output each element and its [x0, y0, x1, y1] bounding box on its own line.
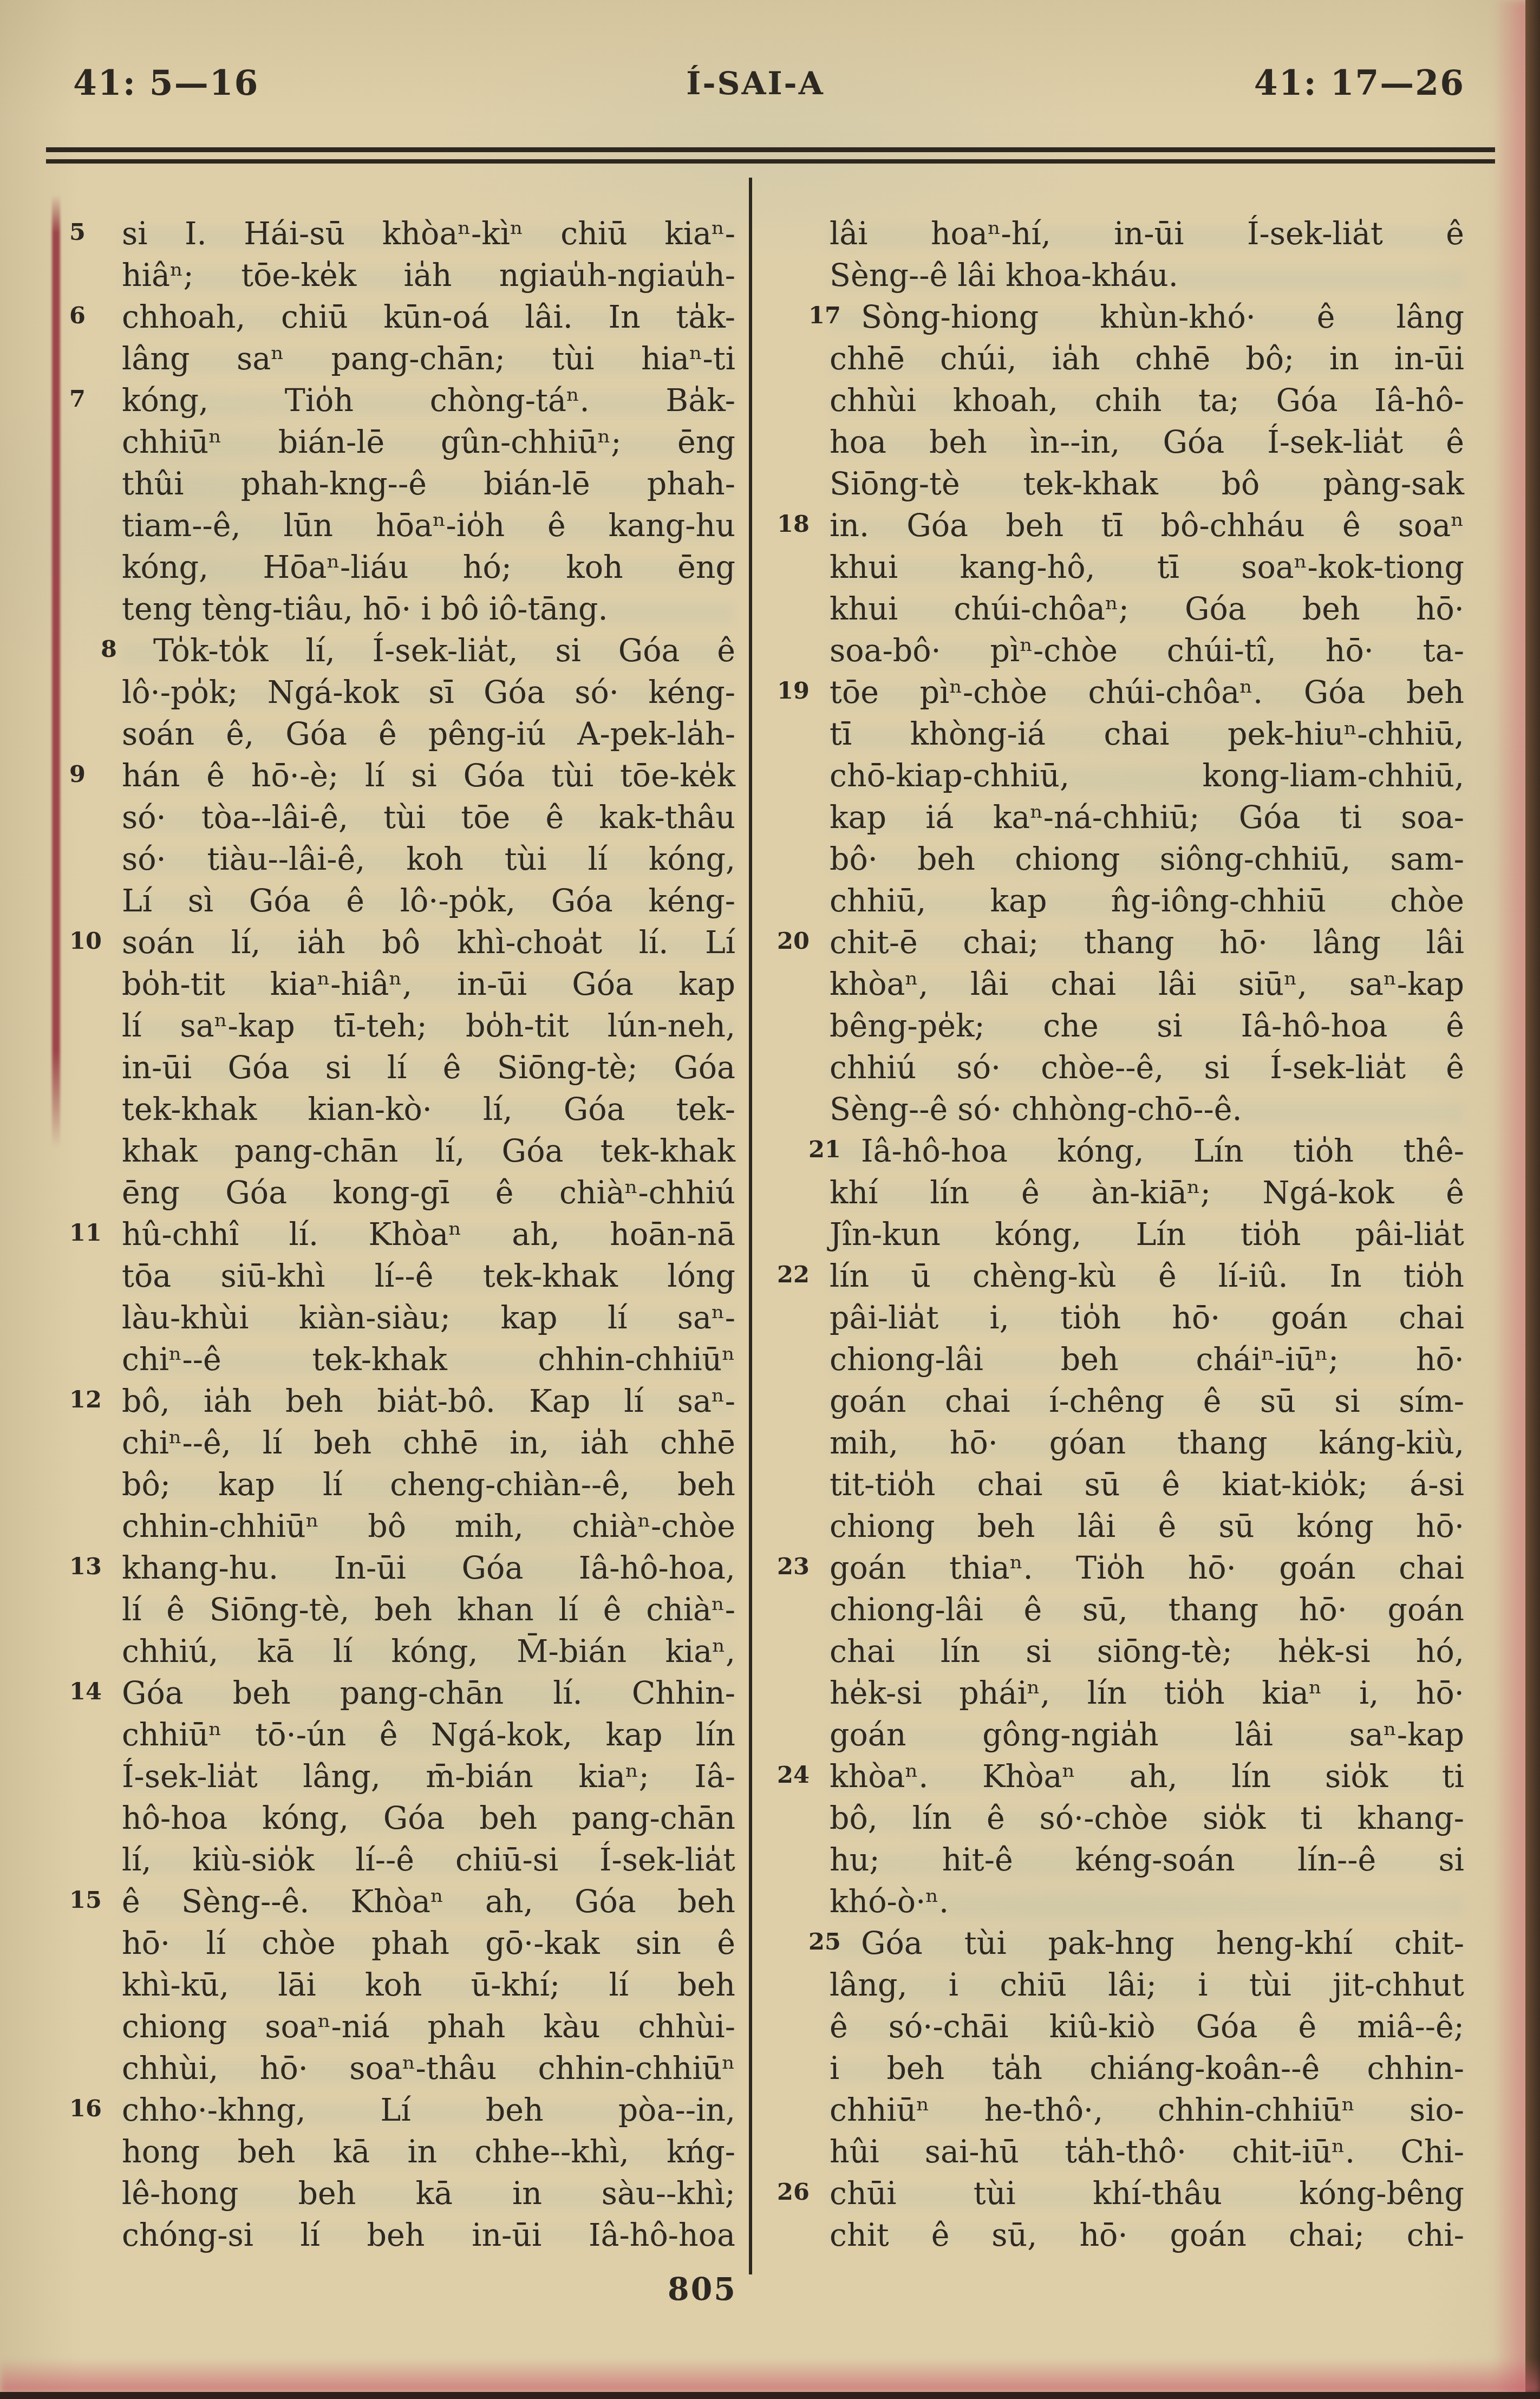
verse-text: tiam--ê, lūn hōaⁿ-io̍h ê kang-hu — [122, 508, 735, 544]
verse-line: 21Iâ-hô-hoa kóng, Lín tio̍h thê- — [830, 1131, 1464, 1172]
verse-number: 16 — [69, 2097, 103, 2121]
verse-text: chho·-khng, Lí beh pòa--in, — [122, 2092, 735, 2128]
verse-text: bô· beh chiong siông-chhiū, sam- — [830, 842, 1464, 877]
verse-text: lí, kiù-sio̍k lí--ê chiū-si Í-sek-lia̍t — [122, 1842, 735, 1878]
header-double-rule — [46, 147, 1495, 164]
column-divider-rule — [749, 178, 752, 2274]
verse-line: soa-bô· pìⁿ-chòe chúi-tî, hō· ta- — [830, 630, 1464, 672]
verse-text: Góa beh pang-chān lí. Chhin- — [122, 1676, 735, 1711]
verse-line: mih, hō· góan thang káng-kiù, — [830, 1423, 1464, 1464]
verse-line: tit-tio̍h chai sū ê kiat-kio̍k; á-si — [830, 1464, 1464, 1506]
verse-text: lín ū chèng-kù ê lí-iû. In tio̍h — [830, 1259, 1464, 1294]
verse-text: chai lín si siōng-tè; he̍k-si hó, — [830, 1634, 1464, 1670]
verse-text: hû-chhî lí. Khòaⁿ ah, hoān-nā — [122, 1217, 735, 1253]
verse-text: chhiū, kap n̂g-iông-chhiū chòe — [830, 883, 1464, 919]
verse-text: i beh ta̍h chiáng-koân--ê chhin- — [830, 2051, 1464, 2087]
verse-text: hûi sai-hū ta̍h-thô· chit-iūⁿ. Chi- — [830, 2134, 1464, 2170]
verse-line: 5si I. Hái-sū khòaⁿ-kìⁿ chiū kiaⁿ- — [122, 213, 735, 255]
verse-line: 11hû-chhî lí. Khòaⁿ ah, hoān-nā — [122, 1214, 735, 1256]
verse-line: 15ê Sèng--ê. Khòaⁿ ah, Góa beh — [122, 1881, 735, 1923]
verse-line: 18in. Góa beh tī bô-chháu ê soaⁿ — [830, 505, 1464, 547]
verse-text: chiong beh lâi ê sū kóng hō· — [830, 1509, 1464, 1544]
verse-text: khòaⁿ. Khòaⁿ ah, lín sio̍k ti — [830, 1759, 1464, 1795]
verse-line: 16chho·-khng, Lí beh pòa--in, — [122, 2090, 735, 2131]
verse-text: tōe pìⁿ-chòe chúi-chôaⁿ. Góa beh — [830, 675, 1464, 710]
verse-line: 12bô, ia̍h beh bia̍t-bô. Kap lí saⁿ- — [122, 1381, 735, 1423]
verse-line: 20chit-ē chai; thang hō· lâng lâi — [830, 922, 1464, 964]
verse-text: chūi tùi khí-thâu kóng-bêng — [830, 2176, 1464, 2212]
verse-line: goán chai í-chêng ê sū si sím- — [830, 1381, 1464, 1423]
verse-text: teng tèng-tiâu, hō· i bô iô-tāng. — [122, 591, 608, 627]
verse-line: lê-hong beh kā in sàu--khì; — [122, 2173, 735, 2215]
verse-number: 25 — [777, 1931, 811, 1954]
verse-text: in-ūi Góa si lí ê Siōng-tè; Góa — [122, 1050, 735, 1086]
verse-line: chhùi, hō· soaⁿ-thâu chhin-chhiūⁿ — [122, 2048, 735, 2090]
verse-number: 5 — [69, 221, 103, 244]
verse-line: Í-sek-lia̍t lâng, m̄-bián kiaⁿ; Iâ- — [122, 1756, 735, 1798]
verse-line: 19tōe pìⁿ-chòe chúi-chôaⁿ. Góa beh — [830, 672, 1464, 714]
verse-line: chiong beh lâi ê sū kóng hō· — [830, 1506, 1464, 1548]
verse-number: 7 — [69, 388, 103, 411]
verse-line: 22lín ū chèng-kù ê lí-iû. In tio̍h — [830, 1256, 1464, 1298]
page-number: 805 — [656, 2271, 748, 2307]
verse-line: 10soán lí, ia̍h bô khì-choa̍t lí. Lí — [122, 922, 735, 964]
verse-line: 7kóng, Tio̍h chòng-táⁿ. Ba̍k- — [122, 380, 735, 422]
verse-number: 24 — [777, 1764, 811, 1787]
verse-text: chiⁿ--ê, lí beh chhē in, ia̍h chhē — [122, 1425, 735, 1461]
verse-text: chiong soaⁿ-niá phah kàu chhùi- — [122, 2009, 735, 2045]
verse-text: hoa beh ìn--in, Góa Í-sek-lia̍t ê — [830, 425, 1464, 460]
verse-text: pâi-lia̍t i, tio̍h hō· goán chai — [830, 1300, 1464, 1336]
verse-line: bô· beh chiong siông-chhiū, sam- — [830, 839, 1464, 881]
verse-text: soán ê, Góa ê pêng-iú A-pek-la̍h- — [122, 716, 735, 752]
verse-text: in. Góa beh tī bô-chháu ê soaⁿ — [830, 508, 1464, 544]
verse-line: khì-kū, lāi koh ū-khí; lí beh — [122, 1965, 735, 2006]
verse-line: ê só·-chāi kiû-kiò Góa ê miâ--ê; — [830, 2006, 1464, 2048]
verse-line: hô-hoa kóng, Góa beh pang-chān — [122, 1798, 735, 1840]
verse-text: Sèng--ê lâi khoa-kháu. — [830, 258, 1178, 294]
verse-number: 11 — [69, 1222, 103, 1245]
verse-text: Jîn-kun kóng, Lín tio̍h pâi-lia̍t — [830, 1217, 1464, 1253]
verse-line: chiong-lâi ê sū, thang hō· goán — [830, 1589, 1464, 1631]
verse-line: bo̍h-tit kiaⁿ-hiâⁿ, in-ūi Góa kap — [122, 964, 735, 1006]
verse-text: chit ê sū, hō· goán chai; chi- — [830, 2218, 1464, 2253]
verse-text: bêng-pe̍k; che si Iâ-hô-hoa ê — [830, 1008, 1464, 1044]
verse-text: kóng, Tio̍h chòng-táⁿ. Ba̍k- — [122, 383, 735, 419]
verse-number: 8 — [69, 638, 103, 661]
verse-text: lí ê Siōng-tè, beh khan lí ê chiàⁿ- — [122, 1592, 735, 1628]
verse-line: tōa siū-khì lí--ê tek-khak lóng — [122, 1256, 735, 1298]
verse-line: 24khòaⁿ. Khòaⁿ ah, lín sio̍k ti — [830, 1756, 1464, 1798]
verse-line: goán gông-ngia̍h lâi saⁿ-kap — [830, 1714, 1464, 1756]
verse-text: bô, lín ê só·-chòe sio̍k ti khang- — [830, 1801, 1464, 1836]
verse-number: 19 — [777, 680, 811, 703]
header-book-title: Í-SAI-A — [46, 65, 1465, 102]
verse-text: chóng-si lí beh in-ūi Iâ-hô-hoa — [122, 2218, 735, 2253]
verse-text: chiong-lâi beh cháiⁿ-iūⁿ; hō· — [830, 1342, 1464, 1378]
verse-line: khó-ò·ⁿ. — [830, 1881, 1464, 1923]
verse-text: khui kang-hô, tī soaⁿ-kok-tiong — [830, 550, 1464, 585]
verse-line: kóng, Hōaⁿ-liáu hó; koh ēng — [122, 547, 735, 589]
verse-line: chhiūⁿ bián-lē gûn-chhiūⁿ; ēng — [122, 422, 735, 464]
verse-line: tiam--ê, lūn hōaⁿ-io̍h ê kang-hu — [122, 505, 735, 547]
verse-line: ēng Góa kong-gī ê chiàⁿ-chhiú — [122, 1172, 735, 1214]
verse-text: chiong-lâi ê sū, thang hō· goán — [830, 1592, 1464, 1628]
verse-number: 6 — [69, 304, 103, 328]
verse-line: chiⁿ--ê tek-khak chhin-chhiūⁿ — [122, 1339, 735, 1381]
bottom-edge-dye-pink — [0, 2358, 1540, 2393]
verse-line: chit ê sū, hō· goán chai; chi- — [830, 2215, 1464, 2257]
verse-line: in-ūi Góa si lí ê Siōng-tè; Góa — [122, 1047, 735, 1089]
verse-line: 13khang-hu. In-ūi Góa Iâ-hô-hoa, — [122, 1548, 735, 1589]
running-head: 41: 5—16 Í-SAI-A 41: 17—26 — [46, 63, 1465, 113]
verse-number: 20 — [777, 930, 811, 953]
verse-text: khak pang-chān lí, Góa tek-khak — [122, 1133, 735, 1169]
verse-text: chhùi, hō· soaⁿ-thâu chhin-chhiūⁿ — [122, 2051, 735, 2087]
verse-number: 22 — [777, 1263, 811, 1287]
verse-text: soa-bô· pìⁿ-chòe chúi-tî, hō· ta- — [830, 633, 1464, 669]
verse-text: ê só·-chāi kiû-kiò Góa ê miâ--ê; — [830, 2009, 1464, 2045]
verse-text: kóng, Hōaⁿ-liáu hó; koh ēng — [122, 550, 735, 585]
verse-number: 23 — [777, 1555, 811, 1579]
verse-line: lâng, i chiū lâi; i tùi jit-chhut — [830, 1965, 1464, 2006]
verse-text: Í-sek-lia̍t lâng, m̄-bián kiaⁿ; Iâ- — [122, 1759, 735, 1795]
verse-line: Sèng--ê só· chhòng-chō--ê. — [830, 1089, 1464, 1131]
text-column-left: 5si I. Hái-sū khòaⁿ-kìⁿ chiū kiaⁿ-hiâⁿ; … — [122, 213, 735, 2257]
verse-line: khòaⁿ, lâi chai lâi siūⁿ, saⁿ-kap — [830, 964, 1464, 1006]
verse-line: chhiū, kap n̂g-iông-chhiū chòe — [830, 881, 1464, 922]
verse-text: tōa siū-khì lí--ê tek-khak lóng — [122, 1259, 735, 1294]
verse-number: 9 — [69, 763, 103, 786]
header-verse-range-right: 41: 17—26 — [1254, 63, 1465, 103]
verse-line: 14Góa beh pang-chān lí. Chhin- — [122, 1673, 735, 1714]
right-edge-dye-pink — [1493, 0, 1529, 2399]
verse-line: pâi-lia̍t i, tio̍h hō· goán chai — [830, 1298, 1464, 1339]
verse-line: hong beh kā in chhe--khì, kńg- — [122, 2131, 735, 2173]
verse-text: Sèng--ê só· chhòng-chō--ê. — [830, 1092, 1242, 1127]
verse-line: khak pang-chān lí, Góa tek-khak — [122, 1131, 735, 1172]
verse-text: chhiú, kā lí kóng, M̄-bián kiaⁿ, — [122, 1634, 735, 1670]
verse-text: khí lín ê àn-kiāⁿ; Ngá-kok ê — [830, 1175, 1464, 1211]
verse-number: 10 — [69, 930, 103, 953]
verse-line: khui chúi-chôaⁿ; Góa beh hō· — [830, 589, 1464, 630]
verse-text: Sòng-hiong khùn-khó· ê lâng — [861, 299, 1464, 335]
verse-text: chhoah, chiū kūn-oá lâi. In ta̍k- — [122, 299, 735, 335]
verse-line: hoa beh ìn--in, Góa Í-sek-lia̍t ê — [830, 422, 1464, 464]
verse-text: lí saⁿ-kap tī-teh; bo̍h-tit lún-neh, — [122, 1008, 735, 1044]
verse-text: goán thiaⁿ. Tio̍h hō· goán chai — [830, 1550, 1464, 1586]
verse-line: chhin-chhiūⁿ bô mih, chiàⁿ-chòe — [122, 1506, 735, 1548]
verse-line: chhiūⁿ he-thô·, chhin-chhiūⁿ sio- — [830, 2090, 1464, 2131]
verse-line: chiong soaⁿ-niá phah kàu chhùi- — [122, 2006, 735, 2048]
verse-line: só· tiàu--lâi-ê, koh tùi lí kóng, — [122, 839, 735, 881]
verse-text: khòaⁿ, lâi chai lâi siūⁿ, saⁿ-kap — [830, 967, 1464, 1002]
verse-line: soán ê, Góa ê pêng-iú A-pek-la̍h- — [122, 714, 735, 755]
verse-line: hō· lí chòe phah gō·-kak sin ê — [122, 1923, 735, 1965]
verse-text: khó-ò·ⁿ. — [830, 1884, 949, 1920]
verse-text: tit-tio̍h chai sū ê kiat-kio̍k; á-si — [830, 1467, 1464, 1503]
verse-text: kap iá kaⁿ-ná-chhiū; Góa ti soa- — [830, 800, 1464, 836]
verse-line: chhùi khoah, chih ta; Góa Iâ-hô- — [830, 380, 1464, 422]
verse-text: chhiūⁿ he-thô·, chhin-chhiūⁿ sio- — [830, 2092, 1464, 2128]
verse-line: Siōng-tè tek-khak bô pàng-sak — [830, 464, 1464, 505]
verse-line: bô; kap lí cheng-chiàn--ê, beh — [122, 1464, 735, 1506]
verse-line: chai lín si siōng-tè; he̍k-si hó, — [830, 1631, 1464, 1673]
verse-line: hu; hit-ê kéng-soán lín--ê si — [830, 1840, 1464, 1881]
verse-text: chhiūⁿ bián-lē gûn-chhiūⁿ; ēng — [122, 425, 735, 460]
verse-line: teng tèng-tiâu, hō· i bô iô-tāng. — [122, 589, 735, 630]
verse-text: chhiūⁿ tō·-ún ê Ngá-kok, kap lín — [122, 1717, 735, 1753]
verse-line: hûi sai-hū ta̍h-thô· chit-iūⁿ. Chi- — [830, 2131, 1464, 2173]
left-edge-dye-streak — [52, 195, 60, 1148]
verse-line: 6chhoah, chiū kūn-oá lâi. In ta̍k- — [122, 297, 735, 338]
verse-number: 17 — [777, 304, 811, 328]
verse-line: i beh ta̍h chiáng-koân--ê chhin- — [830, 2048, 1464, 2090]
verse-line: lâi hoaⁿ-hí, in-ūi Í-sek-lia̍t ê — [830, 213, 1464, 255]
verse-number: 18 — [777, 513, 811, 536]
verse-text: làu-khùi kiàn-siàu; kap lí saⁿ- — [122, 1300, 735, 1336]
verse-line: Sèng--ê lâi khoa-kháu. — [830, 255, 1464, 297]
verse-line: lí ê Siōng-tè, beh khan lí ê chiàⁿ- — [122, 1589, 735, 1631]
verse-text: hō· lí chòe phah gō·-kak sin ê — [122, 1926, 735, 1961]
verse-line: kap iá kaⁿ-ná-chhiū; Góa ti soa- — [830, 797, 1464, 839]
verse-line: chhiú, kā lí kóng, M̄-bián kiaⁿ, — [122, 1631, 735, 1673]
verse-text: khì-kū, lāi koh ū-khí; lí beh — [122, 1967, 735, 2003]
bottom-edge-binding-strip — [0, 2392, 1540, 2399]
verse-text: chiⁿ--ê tek-khak chhin-chhiūⁿ — [122, 1342, 735, 1378]
verse-text: chō-kiap-chhiū, kong-liam-chhiū, — [830, 758, 1464, 794]
verse-line: 23goán thiaⁿ. Tio̍h hō· goán chai — [830, 1548, 1464, 1589]
verse-number: 14 — [69, 1680, 103, 1704]
verse-line: 8To̍k-to̍k lí, Í-sek-lia̍t, si Góa ê — [122, 630, 735, 672]
verse-text: tī khòng-iá chai pek-hiuⁿ-chhiū, — [830, 716, 1464, 752]
verse-text: ēng Góa kong-gī ê chiàⁿ-chhiú — [122, 1175, 735, 1211]
right-edge-binding-strip — [1525, 0, 1540, 2399]
verse-line: thûi phah-kng--ê bián-lē phah- — [122, 464, 735, 505]
verse-text: To̍k-to̍k lí, Í-sek-lia̍t, si Góa ê — [153, 633, 735, 669]
verse-text: bô; kap lí cheng-chiàn--ê, beh — [122, 1467, 735, 1503]
verse-text: lô·-po̍k; Ngá-kok sī Góa só· kéng- — [122, 675, 735, 710]
verse-text: lâi hoaⁿ-hí, in-ūi Í-sek-lia̍t ê — [830, 216, 1464, 252]
verse-line: 25Góa tùi pak-hng heng-khí chit- — [830, 1923, 1464, 1965]
verse-text: khang-hu. In-ūi Góa Iâ-hô-hoa, — [122, 1550, 735, 1586]
verse-line: tī khòng-iá chai pek-hiuⁿ-chhiū, — [830, 714, 1464, 755]
verse-line: Lí sì Góa ê lô·-po̍k, Góa kéng- — [122, 881, 735, 922]
verse-line: chhē chúi, ia̍h chhē bô; in in-ūi — [830, 338, 1464, 380]
verse-text: bo̍h-tit kiaⁿ-hiâⁿ, in-ūi Góa kap — [122, 967, 735, 1002]
verse-line: khui kang-hô, tī soaⁿ-kok-tiong — [830, 547, 1464, 589]
verse-text: hán ê hō·-è; lí si Góa tùi tōe-ke̍k — [122, 758, 735, 794]
verse-text: lê-hong beh kā in sàu--khì; — [122, 2176, 735, 2212]
verse-text: hong beh kā in chhe--khì, kńg- — [122, 2134, 735, 2170]
verse-text: hô-hoa kóng, Góa beh pang-chān — [122, 1801, 735, 1836]
verse-line: chiⁿ--ê, lí beh chhē in, ia̍h chhē — [122, 1423, 735, 1464]
verse-number: 26 — [777, 2181, 811, 2204]
verse-text: goán chai í-chêng ê sū si sím- — [830, 1384, 1464, 1419]
verse-line: hiâⁿ; tōe-ke̍k ia̍h ngiau̍h-ngiau̍h- — [122, 255, 735, 297]
verse-text: chhiú só· chòe--ê, si Í-sek-lia̍t ê — [830, 1050, 1464, 1086]
verse-text: lâng saⁿ pang-chān; tùi hiaⁿ-ti — [122, 341, 735, 377]
verse-text: goán gông-ngia̍h lâi saⁿ-kap — [830, 1717, 1464, 1753]
verse-line: só· tòa--lâi-ê, tùi tōe ê kak-thâu — [122, 797, 735, 839]
verse-text: só· tiàu--lâi-ê, koh tùi lí kóng, — [122, 842, 735, 877]
text-column-right: lâi hoaⁿ-hí, in-ūi Í-sek-lia̍t êSèng--ê … — [830, 213, 1464, 2257]
verse-text: mih, hō· góan thang káng-kiù, — [830, 1425, 1464, 1461]
verse-number: 12 — [69, 1388, 103, 1412]
verse-text: chit-ē chai; thang hō· lâng lâi — [830, 925, 1464, 961]
verse-text: chhē chúi, ia̍h chhē bô; in in-ūi — [830, 341, 1464, 377]
verse-line: chhiú só· chòe--ê, si Í-sek-lia̍t ê — [830, 1047, 1464, 1089]
verse-text: Góa tùi pak-hng heng-khí chit- — [861, 1926, 1464, 1961]
verse-text: thûi phah-kng--ê bián-lē phah- — [122, 466, 735, 502]
verse-text: soán lí, ia̍h bô khì-choa̍t lí. Lí — [122, 925, 735, 961]
verse-line: làu-khùi kiàn-siàu; kap lí saⁿ- — [122, 1298, 735, 1339]
verse-text: Siōng-tè tek-khak bô pàng-sak — [830, 466, 1464, 502]
verse-line: Jîn-kun kóng, Lín tio̍h pâi-lia̍t — [830, 1214, 1464, 1256]
verse-line: chō-kiap-chhiū, kong-liam-chhiū, — [830, 755, 1464, 797]
verse-line: 17Sòng-hiong khùn-khó· ê lâng — [830, 297, 1464, 338]
verse-line: chiong-lâi beh cháiⁿ-iūⁿ; hō· — [830, 1339, 1464, 1381]
verse-line: tek-khak kian-kò· lí, Góa tek- — [122, 1089, 735, 1131]
verse-number: 21 — [777, 1138, 811, 1162]
verse-number: 13 — [69, 1555, 103, 1579]
verse-line: chhiūⁿ tō·-ún ê Ngá-kok, kap lín — [122, 1714, 735, 1756]
verse-text: tek-khak kian-kò· lí, Góa tek- — [122, 1092, 735, 1127]
verse-text: khui chúi-chôaⁿ; Góa beh hō· — [830, 591, 1464, 627]
verse-line: he̍k-si pháiⁿ, lín tio̍h kiaⁿ i, hō· — [830, 1673, 1464, 1714]
verse-text: lâng, i chiū lâi; i tùi jit-chhut — [830, 1967, 1464, 2003]
verse-text: he̍k-si pháiⁿ, lín tio̍h kiaⁿ i, hō· — [830, 1676, 1464, 1711]
verse-line: chóng-si lí beh in-ūi Iâ-hô-hoa — [122, 2215, 735, 2257]
verse-line: khí lín ê àn-kiāⁿ; Ngá-kok ê — [830, 1172, 1464, 1214]
verse-line: lâng saⁿ pang-chān; tùi hiaⁿ-ti — [122, 338, 735, 380]
verse-line: lô·-po̍k; Ngá-kok sī Góa só· kéng- — [122, 672, 735, 714]
verse-text: bô, ia̍h beh bia̍t-bô. Kap lí saⁿ- — [122, 1384, 735, 1419]
verse-line: 9hán ê hō·-è; lí si Góa tùi tōe-ke̍k — [122, 755, 735, 797]
verse-line: bêng-pe̍k; che si Iâ-hô-hoa ê — [830, 1006, 1464, 1047]
verse-text: Iâ-hô-hoa kóng, Lín tio̍h thê- — [861, 1133, 1464, 1169]
verse-line: bô, lín ê só·-chòe sio̍k ti khang- — [830, 1798, 1464, 1840]
verse-text: só· tòa--lâi-ê, tùi tōe ê kak-thâu — [122, 800, 735, 836]
verse-text: ê Sèng--ê. Khòaⁿ ah, Góa beh — [122, 1884, 735, 1920]
verse-text: si I. Hái-sū khòaⁿ-kìⁿ chiū kiaⁿ- — [122, 216, 735, 252]
verse-text: hiâⁿ; tōe-ke̍k ia̍h ngiau̍h-ngiau̍h- — [122, 258, 735, 294]
verse-number: 15 — [69, 1889, 103, 1912]
verse-line: lí saⁿ-kap tī-teh; bo̍h-tit lún-neh, — [122, 1006, 735, 1047]
verse-text: chhin-chhiūⁿ bô mih, chiàⁿ-chòe — [122, 1509, 735, 1544]
verse-text: hu; hit-ê kéng-soán lín--ê si — [830, 1842, 1464, 1878]
verse-text: chhùi khoah, chih ta; Góa Iâ-hô- — [830, 383, 1464, 419]
verse-line: 26chūi tùi khí-thâu kóng-bêng — [830, 2173, 1464, 2215]
verse-line: lí, kiù-sio̍k lí--ê chiū-si Í-sek-lia̍t — [122, 1840, 735, 1881]
verse-text: Lí sì Góa ê lô·-po̍k, Góa kéng- — [122, 883, 735, 919]
